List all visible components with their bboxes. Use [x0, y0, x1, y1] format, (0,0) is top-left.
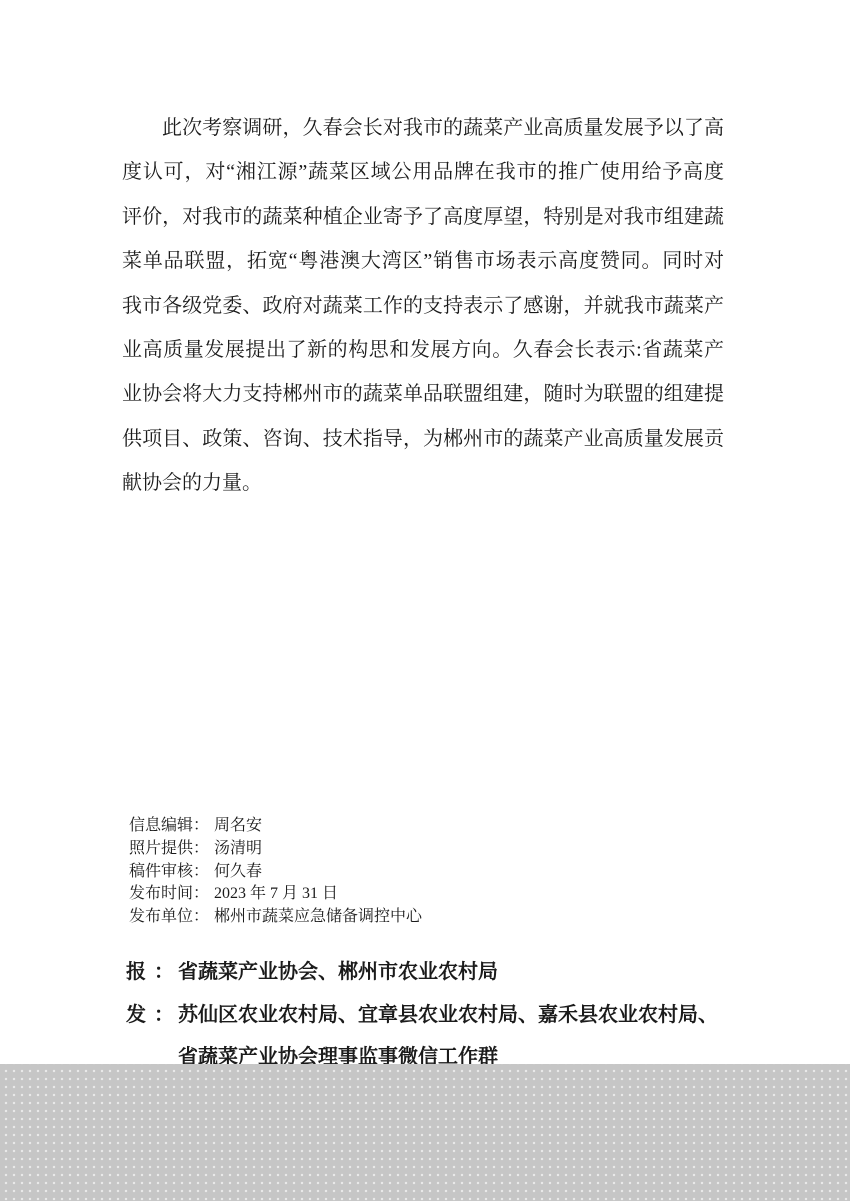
meta-row: 照片提供：汤清明 — [129, 838, 422, 861]
body-line: 此次考察调研，久春会长对我市的蔬菜产业高质量发展予以了高 — [122, 106, 724, 150]
meta-block: 信息编辑：周名安照片提供：汤清明稿件审核：何久春发布时间：2023 年 7 月 … — [129, 815, 422, 929]
meta-label: 发布单位 — [129, 908, 193, 925]
body-line: 供项目、政策、咨询、技术指导，为郴州市的蔬菜产业高质量发展贡 — [122, 417, 724, 461]
meta-row: 发布单位：郴州市蔬菜应急储备调控中心 — [129, 906, 422, 929]
cc-content: 苏仙区农业农村局、宜章县农业农村局、嘉禾县农业农村局、 — [178, 1004, 718, 1026]
meta-colon: ： — [193, 885, 209, 902]
meta-row: 发布时间：2023 年 7 月 31 日 — [129, 883, 422, 906]
cc-label: 发 — [126, 1004, 146, 1026]
meta-label: 照片提供 — [129, 840, 193, 857]
meta-label: 稿件审核 — [129, 863, 193, 880]
cc-colon: ： — [154, 961, 174, 983]
meta-label: 发布时间 — [129, 885, 193, 902]
meta-value: 汤清明 — [214, 840, 262, 857]
meta-row: 稿件审核：何久春 — [129, 861, 422, 884]
meta-value: 周名安 — [214, 817, 262, 834]
cc-row: 报：省蔬菜产业协会、郴州市农业农村局 — [126, 951, 786, 994]
meta-label: 信息编辑 — [129, 817, 193, 834]
viewer-background-texture — [0, 1064, 850, 1201]
meta-row: 信息编辑：周名安 — [129, 815, 422, 838]
cc-row: 发：苏仙区农业农村局、宜章县农业农村局、嘉禾县农业农村局、 — [126, 994, 786, 1037]
body-line: 评价，对我市的蔬菜种植企业寄予了高度厚望，特别是对我市组建蔬 — [122, 195, 724, 239]
meta-colon: ： — [193, 908, 209, 925]
cc-content: 省蔬菜产业协会、郴州市农业农村局 — [178, 961, 498, 983]
document-page: 此次考察调研，久春会长对我市的蔬菜产业高质量发展予以了高度认可，对“湘江源”蔬菜… — [0, 0, 850, 1201]
meta-colon: ： — [193, 840, 209, 857]
body-line: 献协会的力量。 — [122, 461, 724, 505]
cc-distribution-list: 报：省蔬菜产业协会、郴州市农业农村局发：苏仙区农业农村局、宜章县农业农村局、嘉禾… — [126, 951, 786, 1079]
cc-colon: ： — [154, 1004, 174, 1026]
meta-value: 2023 年 7 月 31 日 — [214, 885, 338, 902]
meta-value: 何久春 — [214, 863, 262, 880]
meta-colon: ： — [193, 863, 209, 880]
cc-label: 报 — [126, 961, 146, 983]
meta-value: 郴州市蔬菜应急储备调控中心 — [214, 908, 422, 925]
body-line: 菜单品联盟，拓宽“粤港澳大湾区”销售市场表示高度赞同。同时对 — [122, 239, 724, 283]
body-line: 度认可，对“湘江源”蔬菜区域公用品牌在我市的推广使用给予高度 — [122, 150, 724, 194]
body-paragraph: 此次考察调研，久春会长对我市的蔬菜产业高质量发展予以了高度认可，对“湘江源”蔬菜… — [122, 106, 724, 506]
body-line: 业协会将大力支持郴州市的蔬菜单品联盟组建，随时为联盟的组建提 — [122, 372, 724, 416]
meta-colon: ： — [193, 817, 209, 834]
body-line: 我市各级党委、政府对蔬菜工作的支持表示了感谢，并就我市蔬菜产 — [122, 284, 724, 328]
body-line: 业高质量发展提出了新的构思和发展方向。久春会长表示:省蔬菜产 — [122, 328, 724, 372]
